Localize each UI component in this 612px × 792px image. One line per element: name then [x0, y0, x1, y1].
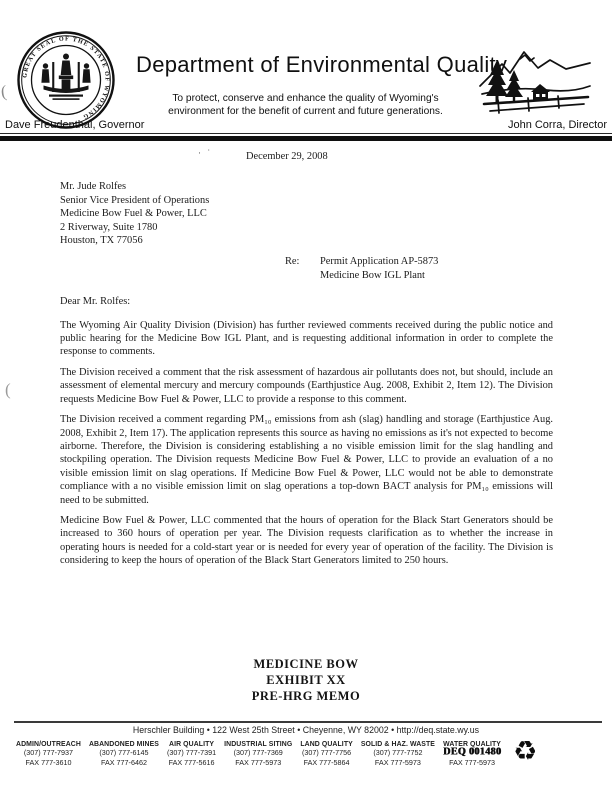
scan-artifact-paren-top: ( [0, 82, 8, 102]
director-name: John Corra, Director [508, 119, 607, 131]
exhibit-stamp: MEDICINE BOW EXHIBIT XX PRE-HRG MEMO [0, 656, 612, 704]
scan-artifact-paren-bottom: ( [5, 380, 11, 400]
agency-tagline: To protect, conserve and enhance the qua… [148, 93, 463, 118]
recipient-line: Houston, TX 77056 [60, 234, 553, 247]
recipient-line: Medicine Bow Fuel & Power, LLC [60, 207, 553, 220]
deq-document-number-stamp: DEQ 001480 [443, 748, 501, 758]
letter-page: GREAT SEAL OF THE STATE OF WYOMING Depar… [0, 0, 612, 792]
exhibit-stamp-line-2: EXHIBIT XX [0, 672, 612, 688]
dept-water-quality: WATER QUALITY DEQ 001480 FAX 777-5973 [439, 741, 505, 767]
dept-industrial-siting: INDUSTRIAL SITING (307) 777-7369 FAX 777… [220, 741, 296, 767]
recipient-line: Mr. Jude Rolfes [60, 180, 553, 193]
exhibit-stamp-line-3: PRE-HRG MEMO [0, 688, 612, 704]
paragraph-pm10-slag: The Division received a comment regardin… [60, 413, 553, 507]
page-title: Department of Environmental Quality [136, 52, 481, 78]
recipient-line: Senior Vice President of Operations [60, 194, 553, 207]
footer-address-line: Herschler Building • 122 West 25th Stree… [0, 725, 612, 735]
re-block: Re: Permit Application AP-5873 Medicine … [285, 255, 553, 282]
letter-body: December 29, 2008 Mr. Jude Rolfes Senior… [60, 150, 553, 568]
re-subject-line-2: Medicine Bow IGL Plant [320, 269, 438, 282]
recipient-address: Mr. Jude Rolfes Senior Vice President of… [60, 180, 553, 247]
dept-abandoned-mines: ABANDONED MINES (307) 777-6145 FAX 777-6… [85, 741, 163, 767]
mountain-scene-icon [476, 36, 596, 122]
exhibit-stamp-line-1: MEDICINE BOW [0, 656, 612, 672]
tagline-line-2: environment for the benefit of current a… [148, 106, 463, 119]
recipient-line: 2 Riverway, Suite 1780 [60, 221, 553, 234]
paragraph-intro: The Wyoming Air Quality Division (Divisi… [60, 319, 553, 359]
re-label: Re: [285, 255, 320, 282]
tagline-line-1: To protect, conserve and enhance the qua… [148, 93, 463, 106]
paragraph-mercury-comment: The Division received a comment that the… [60, 366, 553, 406]
header-rule-thin [0, 133, 612, 134]
scan-artifact-speck: · ˙ [198, 148, 212, 158]
dept-admin-outreach: ADMIN/OUTREACH (307) 777-7937 FAX 777-36… [12, 741, 85, 767]
recycle-symbol-icon: ♻ [513, 737, 537, 767]
re-subject: Permit Application AP-5873 Medicine Bow … [320, 255, 438, 282]
header-rule-thick [0, 136, 612, 141]
salutation: Dear Mr. Rolfes: [60, 295, 553, 308]
paragraph-black-start: Medicine Bow Fuel & Power, LLC commented… [60, 514, 553, 568]
wyoming-state-seal-icon: GREAT SEAL OF THE STATE OF WYOMING [16, 30, 116, 130]
footer-rule [14, 721, 602, 723]
cabin-icon [531, 84, 550, 101]
dept-land-quality: LAND QUALITY (307) 777-7756 FAX 777-5864 [296, 741, 357, 767]
letter-date: December 29, 2008 [246, 150, 553, 163]
dept-solid-haz-waste: SOLID & HAZ. WASTE (307) 777-7752 FAX 77… [357, 741, 439, 767]
governor-name: Dave Freudenthal, Governor [5, 119, 144, 131]
dept-air-quality: AIR QUALITY (307) 777-7391 FAX 777-5616 [163, 741, 220, 767]
footer-departments: ADMIN/OUTREACH (307) 777-7937 FAX 777-36… [12, 741, 537, 767]
re-subject-line-1: Permit Application AP-5873 [320, 255, 438, 268]
